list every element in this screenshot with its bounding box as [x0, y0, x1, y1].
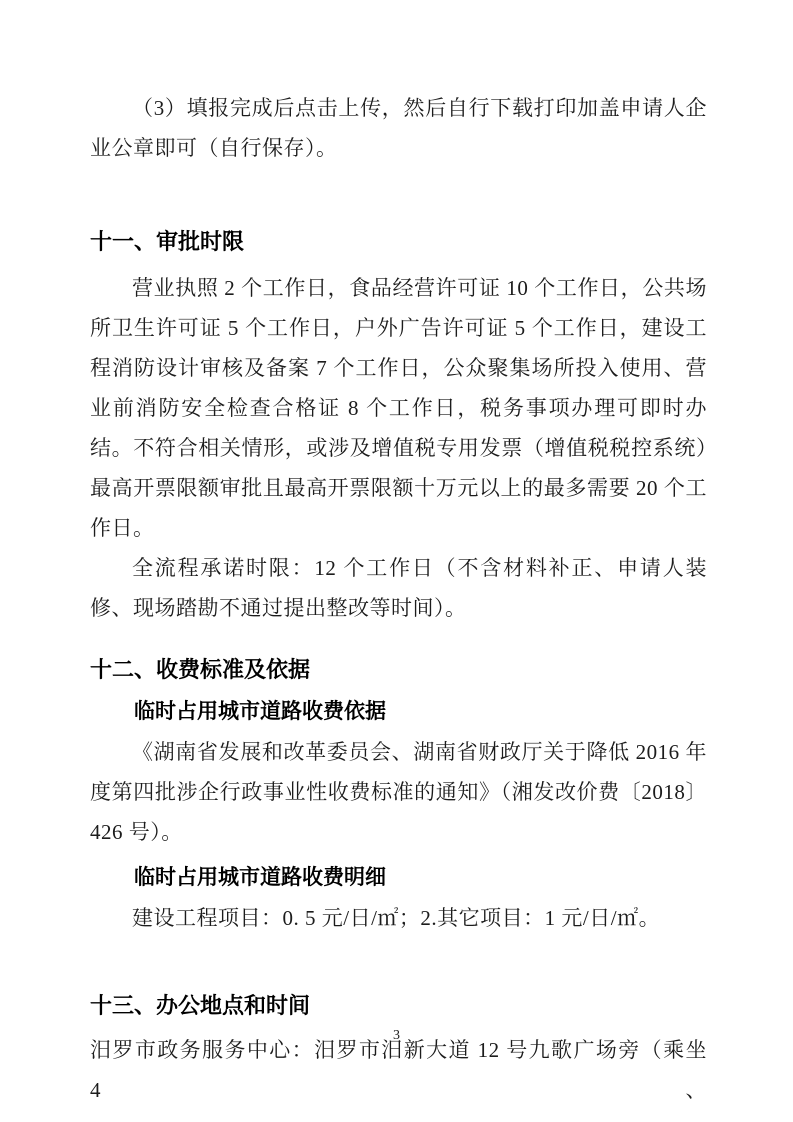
- section-11-paragraph-approval-durations: 营业执照 2 个工作日，食品经营许可证 10 个工作日，公共场所卫生许可证 5 …: [90, 268, 707, 548]
- section-12-paragraph-fee-detail: 建设工程项目：0. 5 元/日/㎡；2.其它项目：1 元/日/㎡。: [90, 898, 707, 938]
- section-11-heading: 十一、审批时限: [90, 226, 707, 258]
- section-12-heading: 十二、收费标准及依据: [90, 654, 707, 686]
- section-12-subheading-fee-detail: 临时占用城市道路收费明细: [90, 858, 707, 898]
- document-content: （3）填报完成后点击上传，然后自行下载打印加盖申请人企业公章即可（自行保存）。 …: [90, 88, 707, 1110]
- section-12-subheading-fee-basis: 临时占用城市道路收费依据: [90, 692, 707, 732]
- section-12-paragraph-fee-basis: 《湖南省发展和改革委员会、湖南省财政厅关于降低 2016 年度第四批涉企行政事业…: [90, 732, 707, 852]
- section-11-paragraph-total-commitment: 全流程承诺时限：12 个工作日（不含材料补正、申请人装修、现场踏勘不通过提出整改…: [90, 548, 707, 628]
- section-13-heading: 十三、办公地点和时间: [90, 990, 707, 1022]
- paragraph-upload-step3: （3）填报完成后点击上传，然后自行下载打印加盖申请人企业公章即可（自行保存）。: [90, 88, 707, 168]
- document-page: （3）填报完成后点击上传，然后自行下载打印加盖申请人企业公章即可（自行保存）。 …: [0, 0, 793, 1122]
- page-number: 3: [0, 1028, 793, 1044]
